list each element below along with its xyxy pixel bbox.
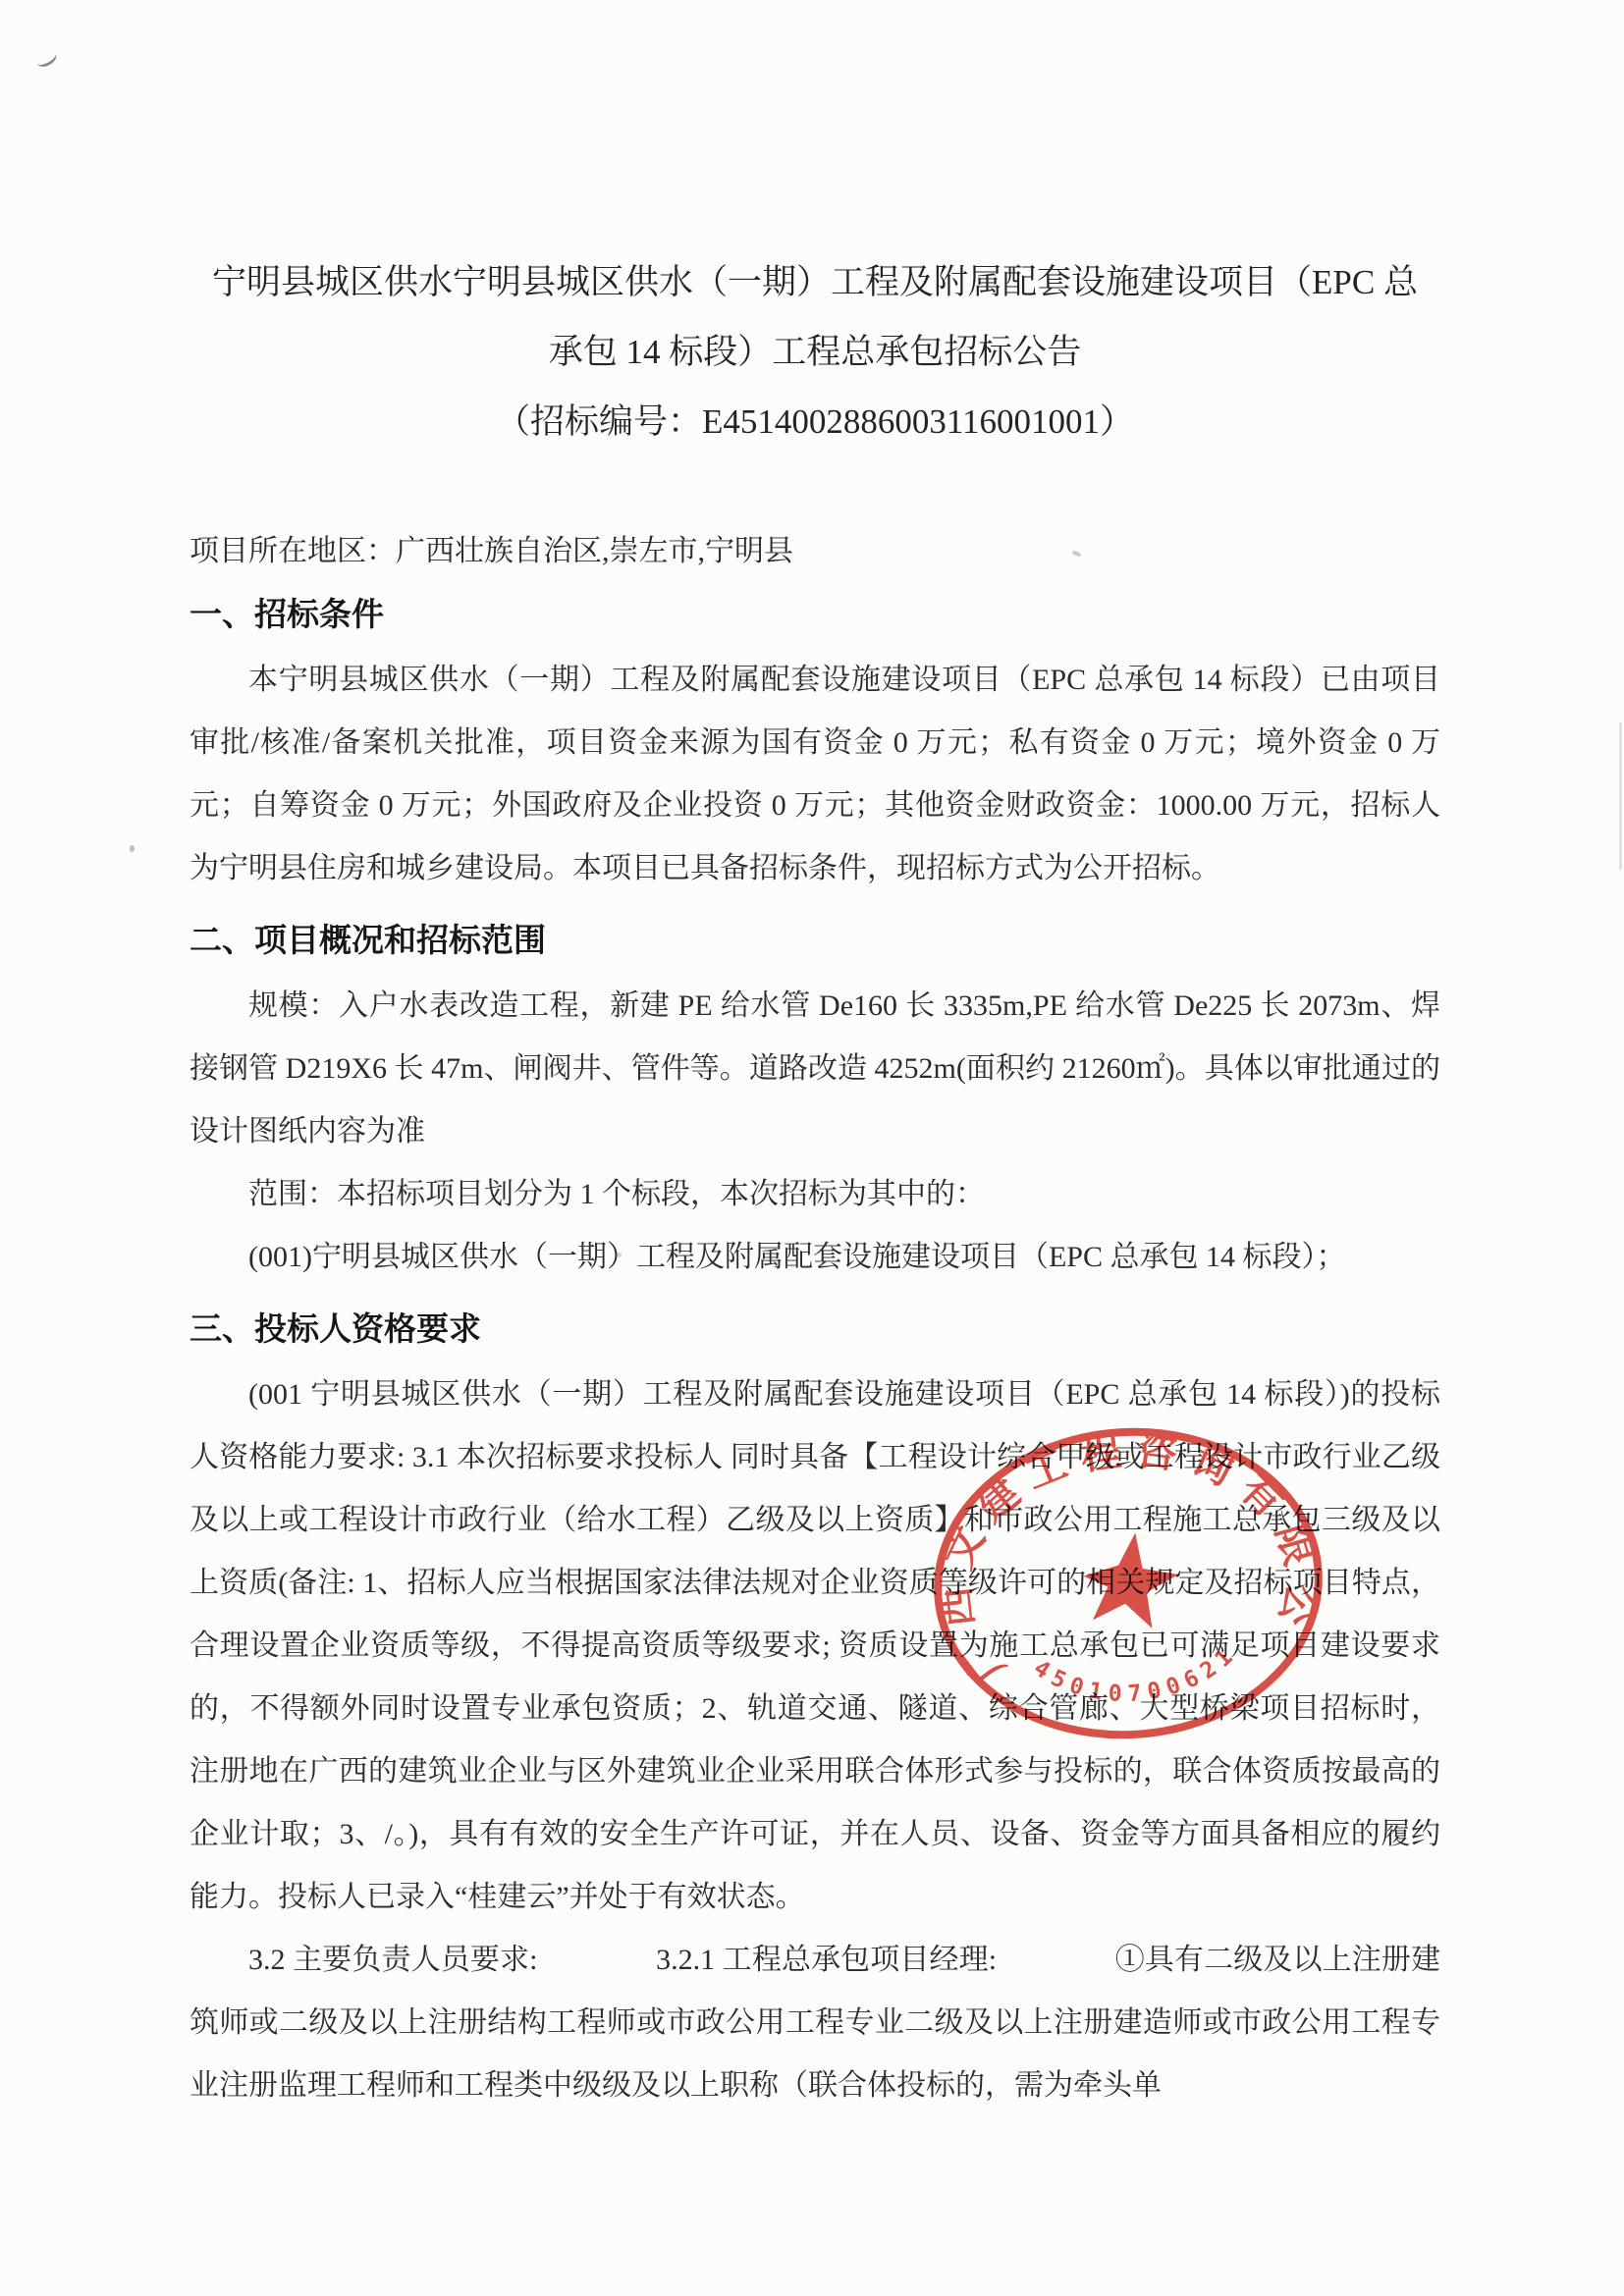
scan-artifact <box>33 47 59 71</box>
scanned-document-page: 宁明县城区供水宁明县城区供水（一期）工程及附属配套设施建设项目（EPC 总 承包… <box>0 0 1624 2296</box>
section1-paragraph: 本宁明县城区供水（一期）工程及附属配套设施建设项目（EPC 总承包 14 标段）… <box>189 649 1440 900</box>
document-content: 宁明县城区供水宁明县城区供水（一期）工程及附属配套设施建设项目（EPC 总 承包… <box>189 0 1440 2117</box>
scan-artifact <box>130 845 135 852</box>
section3-paragraph-personnel: 3.2 主要负责人员要求: 3.2.1 工程总承包项目经理: ①具有二级及以上注… <box>189 1929 1440 2117</box>
section-heading-2: 二、项目概况和招标范围 <box>189 916 1440 967</box>
scan-artifact <box>1619 722 1622 870</box>
section2-paragraph-scale: 规模：入户水表改造工程，新建 PE 给水管 De160 长 3335m,PE 给… <box>189 975 1440 1163</box>
section2-paragraph-lot: (001)宁明县城区供水（一期）工程及附属配套设施建设项目（EPC 总承包 14… <box>189 1226 1440 1289</box>
section2-paragraph-scope: 范围：本招标项目划分为 1 个标段，本次招标为其中的： <box>189 1163 1440 1226</box>
section-heading-1: 一、招标条件 <box>189 590 1440 641</box>
scan-artifact <box>617 1253 622 1257</box>
title-line-1: 宁明县城区供水宁明县城区供水（一期）工程及附属配套设施建设项目（EPC 总 <box>189 247 1440 317</box>
section3-paragraph-qualification: (001 宁明县城区供水（一期）工程及附属配套设施建设项目（EPC 总承包 14… <box>189 1363 1440 1929</box>
title-line-2: 承包 14 标段）工程总承包招标公告 <box>189 317 1440 387</box>
document-title: 宁明县城区供水宁明县城区供水（一期）工程及附属配套设施建设项目（EPC 总 承包… <box>189 247 1440 456</box>
project-location-line: 项目所在地区：广西壮族自治区,崇左市,宁明县 <box>189 529 1440 574</box>
section-heading-3: 三、投标人资格要求 <box>189 1305 1440 1356</box>
title-line-3-tender-number: （招标编号：E4514002886003116001001） <box>189 387 1440 456</box>
